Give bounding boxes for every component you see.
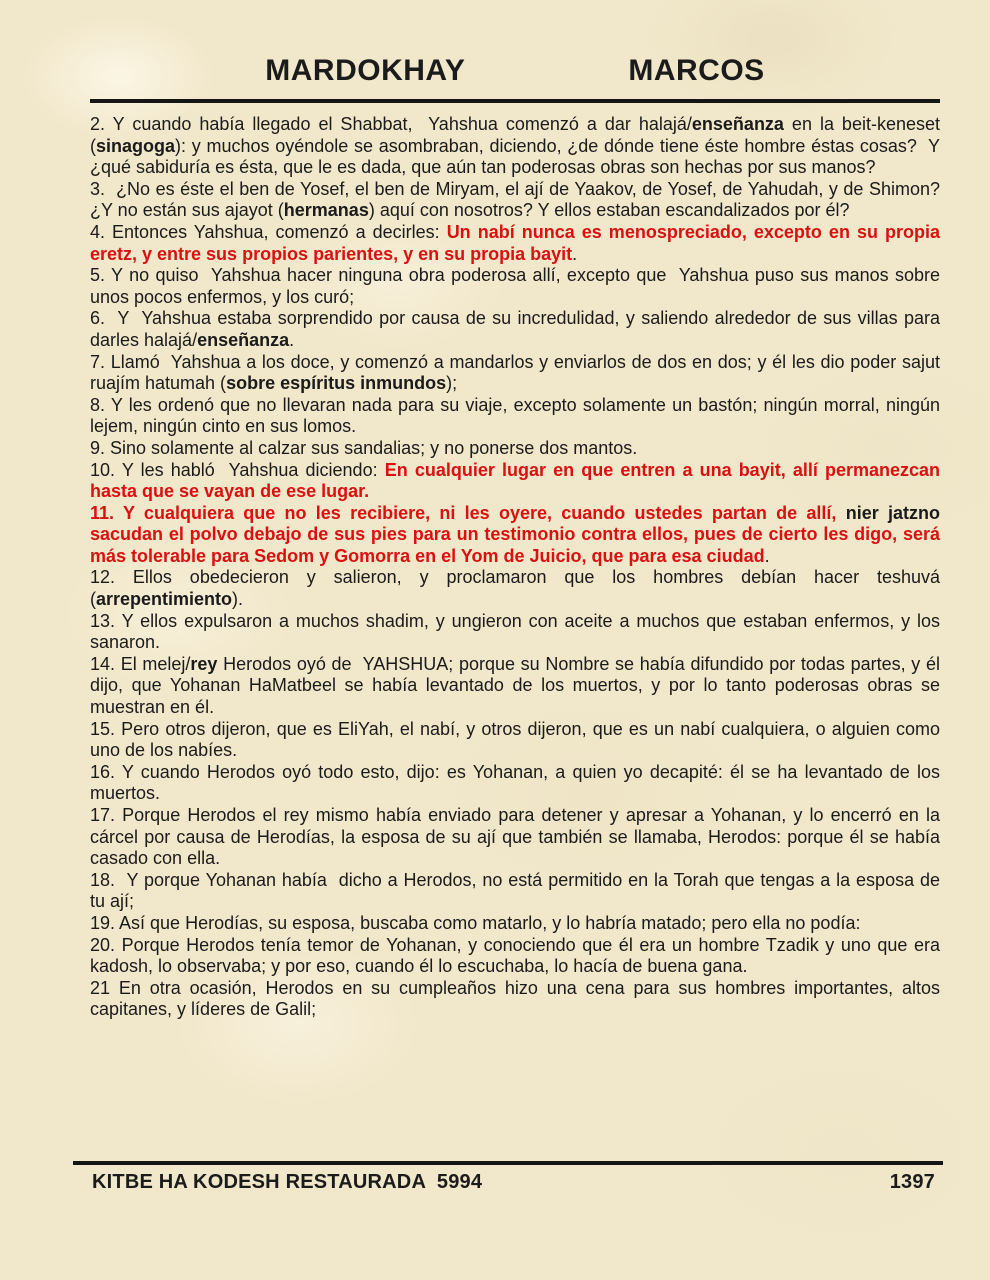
verse-19: 19. Así que Herodías, su esposa, buscaba… bbox=[90, 913, 940, 935]
verse-19-segment: 19. Así que Herodías, su esposa, buscaba… bbox=[90, 913, 860, 933]
verse-11-segment: . bbox=[765, 546, 770, 566]
verse-7-segment: ); bbox=[446, 373, 457, 393]
verse-10: 10. Y les habló Yahshua diciendo: En cua… bbox=[90, 460, 940, 503]
verse-4-segment: 4. Entonces Yahshua, comenzó a decirles: bbox=[90, 222, 447, 242]
verse-10-segment: 10. Y les habló Yahshua diciendo: bbox=[90, 460, 385, 480]
verse-7: 7. Llamó Yahshua a los doce, y comenzó a… bbox=[90, 352, 940, 395]
verse-20-segment: 20. Porque Herodos tenía temor de Yohana… bbox=[90, 935, 945, 977]
verse-9-segment: 9. Sino solamente al calzar sus sandalia… bbox=[90, 438, 637, 458]
page-footer: KITBE HA KODESH RESTAURADA 5994 1397 bbox=[92, 1171, 935, 1194]
header-title-right: MARCOS bbox=[628, 54, 764, 88]
verse-2-segment: ): y muchos oyéndole se asombraban, dici… bbox=[90, 136, 945, 178]
verse-13: 13. Y ellos expulsaron a muchos shadim, … bbox=[90, 611, 940, 654]
verse-17-segment: 17. Porque Herodos el rey mismo había en… bbox=[90, 805, 945, 868]
footer-book-title: KITBE HA KODESH RESTAURADA 5994 bbox=[92, 1171, 482, 1194]
verse-20: 20. Porque Herodos tenía temor de Yohana… bbox=[90, 935, 940, 978]
verse-11: 11. Y cualquiera que no les recibiere, n… bbox=[90, 503, 940, 568]
verse-6-segment: enseñanza bbox=[197, 330, 289, 350]
verse-14-segment: rey bbox=[190, 654, 217, 674]
verse-12-segment: ). bbox=[232, 589, 243, 609]
footer-page-number: 1397 bbox=[890, 1171, 935, 1194]
verse-21: 21 En otra ocasión, Herodos en su cumple… bbox=[90, 978, 940, 1021]
verse-21-segment: 21 En otra ocasión, Herodos en su cumple… bbox=[90, 978, 945, 1020]
verse-2-segment: 2. Y cuando había llegado el Shabbat, Ya… bbox=[90, 114, 692, 134]
verse-2-segment: sinagoga bbox=[96, 136, 175, 156]
verse-7-segment: sobre espíritus inmundos bbox=[226, 373, 446, 393]
verse-17: 17. Porque Herodos el rey mismo había en… bbox=[90, 805, 940, 870]
verse-14: 14. El melej/rey Herodos oyó de YAHSHUA;… bbox=[90, 654, 940, 719]
verse-2-segment: enseñanza bbox=[692, 114, 784, 134]
verse-11-segment: 11. Y cualquiera que no les recibiere, n… bbox=[90, 503, 846, 523]
verse-15-segment: 15. Pero otros dijeron, que es EliYah, e… bbox=[90, 719, 945, 761]
verse-14-segment: Herodos oyó de YAHSHUA; porque su Nombre… bbox=[90, 654, 945, 717]
verses: 2. Y cuando había llegado el Shabbat, Ya… bbox=[90, 114, 940, 1021]
verse-4: 4. Entonces Yahshua, comenzó a decirles:… bbox=[90, 222, 940, 265]
verse-6: 6. Y Yahshua estaba sorprendido por caus… bbox=[90, 308, 940, 351]
verse-3-segment: ) aquí con nosotros? Y ellos estaban esc… bbox=[369, 200, 850, 220]
footer-divider-rule bbox=[73, 1161, 943, 1165]
verse-8: 8. Y les ordenó que no llevaran nada par… bbox=[90, 395, 940, 438]
verse-5-segment: 5. Y no quiso Yahshua hacer ninguna obra… bbox=[90, 265, 945, 307]
verse-18-segment: 18. Y porque Yohanan había dicho a Herod… bbox=[90, 870, 945, 912]
verse-14-segment: 14. El melej/ bbox=[90, 654, 190, 674]
verse-9: 9. Sino solamente al calzar sus sandalia… bbox=[90, 438, 940, 460]
verse-5: 5. Y no quiso Yahshua hacer ninguna obra… bbox=[90, 265, 940, 308]
verse-3: 3. ¿No es éste el ben de Yosef, el ben d… bbox=[90, 179, 940, 222]
verse-2: 2. Y cuando había llegado el Shabbat, Ya… bbox=[90, 114, 940, 179]
page-header: MARDOKHAY MARCOS bbox=[90, 54, 940, 88]
verse-13-segment: 13. Y ellos expulsaron a muchos shadim, … bbox=[90, 611, 945, 653]
header-divider-rule bbox=[90, 99, 940, 103]
verse-15: 15. Pero otros dijeron, que es EliYah, e… bbox=[90, 719, 940, 762]
verse-18: 18. Y porque Yohanan había dicho a Herod… bbox=[90, 870, 940, 913]
header-title-left: MARDOKHAY bbox=[265, 54, 465, 88]
verse-7-segment: 7. Llamó Yahshua a los doce, y comenzó a… bbox=[90, 352, 945, 394]
verse-4-segment: . bbox=[572, 244, 577, 264]
verse-12: 12. Ellos obedecieron y salieron, y proc… bbox=[90, 567, 940, 610]
verse-11-segment: nier jatzno bbox=[846, 503, 940, 523]
verse-16: 16. Y cuando Herodos oyó todo esto, dijo… bbox=[90, 762, 940, 805]
document-page: MARDOKHAY MARCOS 2. Y cuando había llega… bbox=[0, 0, 990, 1280]
verse-3-segment: hermanas bbox=[284, 200, 369, 220]
verse-6-segment: . bbox=[289, 330, 294, 350]
verse-16-segment: 16. Y cuando Herodos oyó todo esto, dijo… bbox=[90, 762, 945, 804]
verse-12-segment: arrepentimiento bbox=[96, 589, 232, 609]
verse-8-segment: 8. Y les ordenó que no llevaran nada par… bbox=[90, 395, 945, 437]
